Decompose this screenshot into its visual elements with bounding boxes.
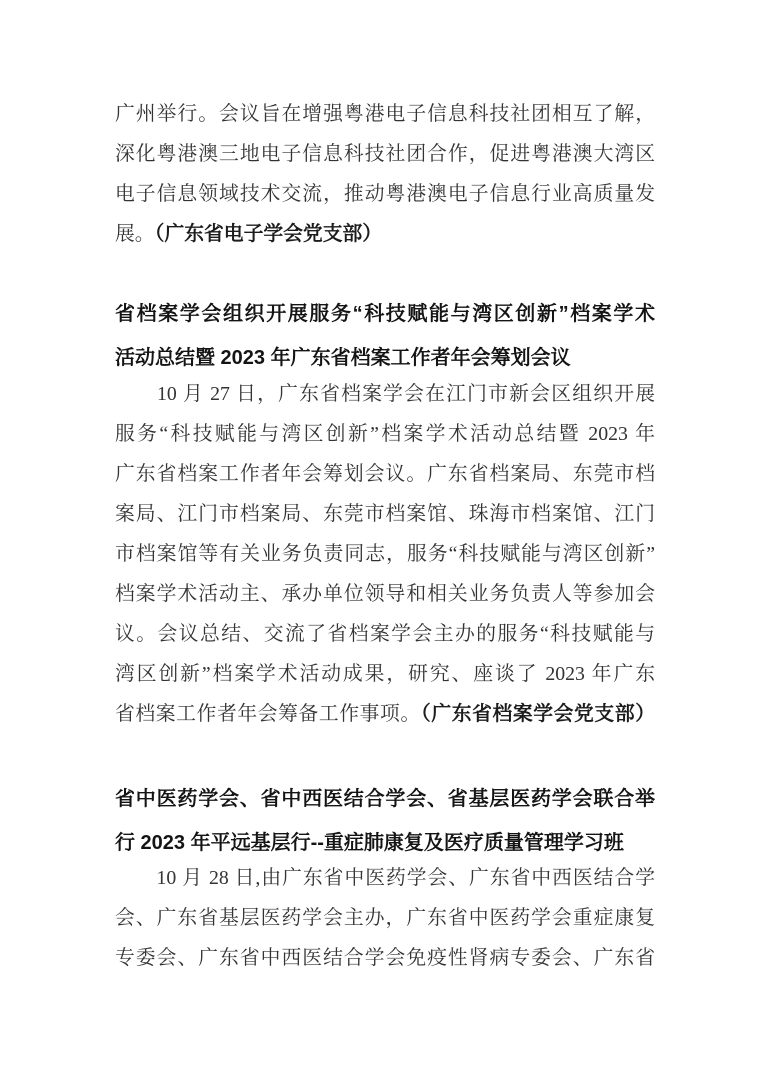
text-line: 市档案馆等有关业务负责同志，服务“科技赋能与湾区创新” (115, 534, 655, 574)
line-text: 10 月 27 日，广东省档案学会在江门市新会区组织开展 (115, 383, 655, 405)
text-line: 电子信息领域技术交流，推动粤港澳电子信息行业高质量发 (115, 174, 655, 214)
line-text: 展。 (115, 223, 155, 245)
text-line: 深化粤港澳三地电子信息科技社团合作，促进粤港澳大湾区 (115, 134, 655, 174)
text-line: 展。（广东省电子学会党支部） (115, 214, 655, 254)
paragraph-archives-society: 10 月 27 日，广东省档案学会在江门市新会区组织开展服务“科技赋能与湾区创新… (115, 374, 655, 734)
line-text: 专委会、广东省中西医结合学会免疫性肾病专委会、广东省 (115, 947, 655, 969)
line-text: 10 月 28 日,由广东省中医药学会、广东省中西医结合学 (115, 867, 655, 889)
text-line: 广州举行。会议旨在增强粤港电子信息科技社团相互了解， (115, 94, 655, 134)
text-line: 档案学术活动主、承办单位领导和相关业务负责人等参加会 (115, 574, 655, 614)
text-line: 湾区创新”档案学术活动成果，研究、座谈了 2023 年广东 (115, 654, 655, 694)
line-text: 湾区创新”档案学术活动成果，研究、座谈了 2023 年广东 (115, 663, 655, 685)
text-line: 省中医药学会、省中西医结合学会、省基层医药学会联合举 (115, 777, 655, 821)
text-line: 广东省档案工作者年会筹划会议。广东省档案局、东莞市档 (115, 454, 655, 494)
line-text: 省档案学会组织开展服务“科技赋能与湾区创新”档案学术 (115, 303, 655, 325)
line-text: 行 2023 年平远基层行--重症肺康复及医疗质量管理学习班 (115, 832, 624, 854)
line-text: 议。会议总结、交流了省档案学会主办的服务“科技赋能与 (115, 623, 655, 645)
line-text: 档案学术活动主、承办单位领导和相关业务负责人等参加会 (115, 583, 655, 605)
paragraph-tcm-societies: 10 月 28 日,由广东省中医药学会、广东省中西医结合学会、广东省基层医药学会… (115, 858, 655, 978)
line-text: 市档案馆等有关业务负责同志，服务“科技赋能与湾区创新” (115, 543, 655, 565)
line-text: 电子信息领域技术交流，推动粤港澳电子信息行业高质量发 (115, 183, 655, 205)
line-text: 省档案工作者年会筹备工作事项。 (115, 703, 421, 725)
article-title-archives-society: 省档案学会组织开展服务“科技赋能与湾区创新”档案学术活动总结暨 2023 年广东… (115, 292, 655, 380)
text-line: 省档案工作者年会筹备工作事项。（广东省档案学会党支部） (115, 694, 655, 734)
text-line: 专委会、广东省中西医结合学会免疫性肾病专委会、广东省 (115, 938, 655, 978)
line-text: 广东省档案工作者年会筹划会议。广东省档案局、东莞市档 (115, 463, 655, 485)
attribution-bold: （广东省电子学会党支部） (155, 223, 382, 245)
line-text: 深化粤港澳三地电子信息科技社团合作，促进粤港澳大湾区 (115, 143, 655, 165)
document-page: 广州举行。会议旨在增强粤港电子信息科技社团相互了解，深化粤港澳三地电子信息科技社… (0, 0, 770, 1089)
line-text: 省中医药学会、省中西医结合学会、省基层医药学会联合举 (115, 788, 655, 810)
article-title-tcm-societies: 省中医药学会、省中西医结合学会、省基层医药学会联合举行 2023 年平远基层行-… (115, 777, 655, 865)
attribution-bold: （广东省档案学会党支部） (421, 703, 655, 725)
text-line: 10 月 27 日，广东省档案学会在江门市新会区组织开展 (115, 374, 655, 414)
line-text: 会、广东省基层医药学会主办，广东省中医药学会重症康复 (115, 907, 655, 929)
text-line: 案局、江门市档案局、东莞市档案馆、珠海市档案馆、江门 (115, 494, 655, 534)
line-text: 服务“科技赋能与湾区创新”档案学术活动总结暨 2023 年 (115, 423, 655, 445)
text-line: 10 月 28 日,由广东省中医药学会、广东省中西医结合学 (115, 858, 655, 898)
text-line: 会、广东省基层医药学会主办，广东省中医药学会重症康复 (115, 898, 655, 938)
line-text: 广州举行。会议旨在增强粤港电子信息科技社团相互了解， (115, 103, 655, 125)
text-line: 服务“科技赋能与湾区创新”档案学术活动总结暨 2023 年 (115, 414, 655, 454)
text-line: 省档案学会组织开展服务“科技赋能与湾区创新”档案学术 (115, 292, 655, 336)
text-line: 议。会议总结、交流了省档案学会主办的服务“科技赋能与 (115, 614, 655, 654)
line-text: 活动总结暨 2023 年广东省档案工作者年会筹划会议 (115, 347, 571, 369)
line-text: 案局、江门市档案局、东莞市档案馆、珠海市档案馆、江门 (115, 503, 655, 525)
paragraph-electronics-society: 广州举行。会议旨在增强粤港电子信息科技社团相互了解，深化粤港澳三地电子信息科技社… (115, 94, 655, 254)
